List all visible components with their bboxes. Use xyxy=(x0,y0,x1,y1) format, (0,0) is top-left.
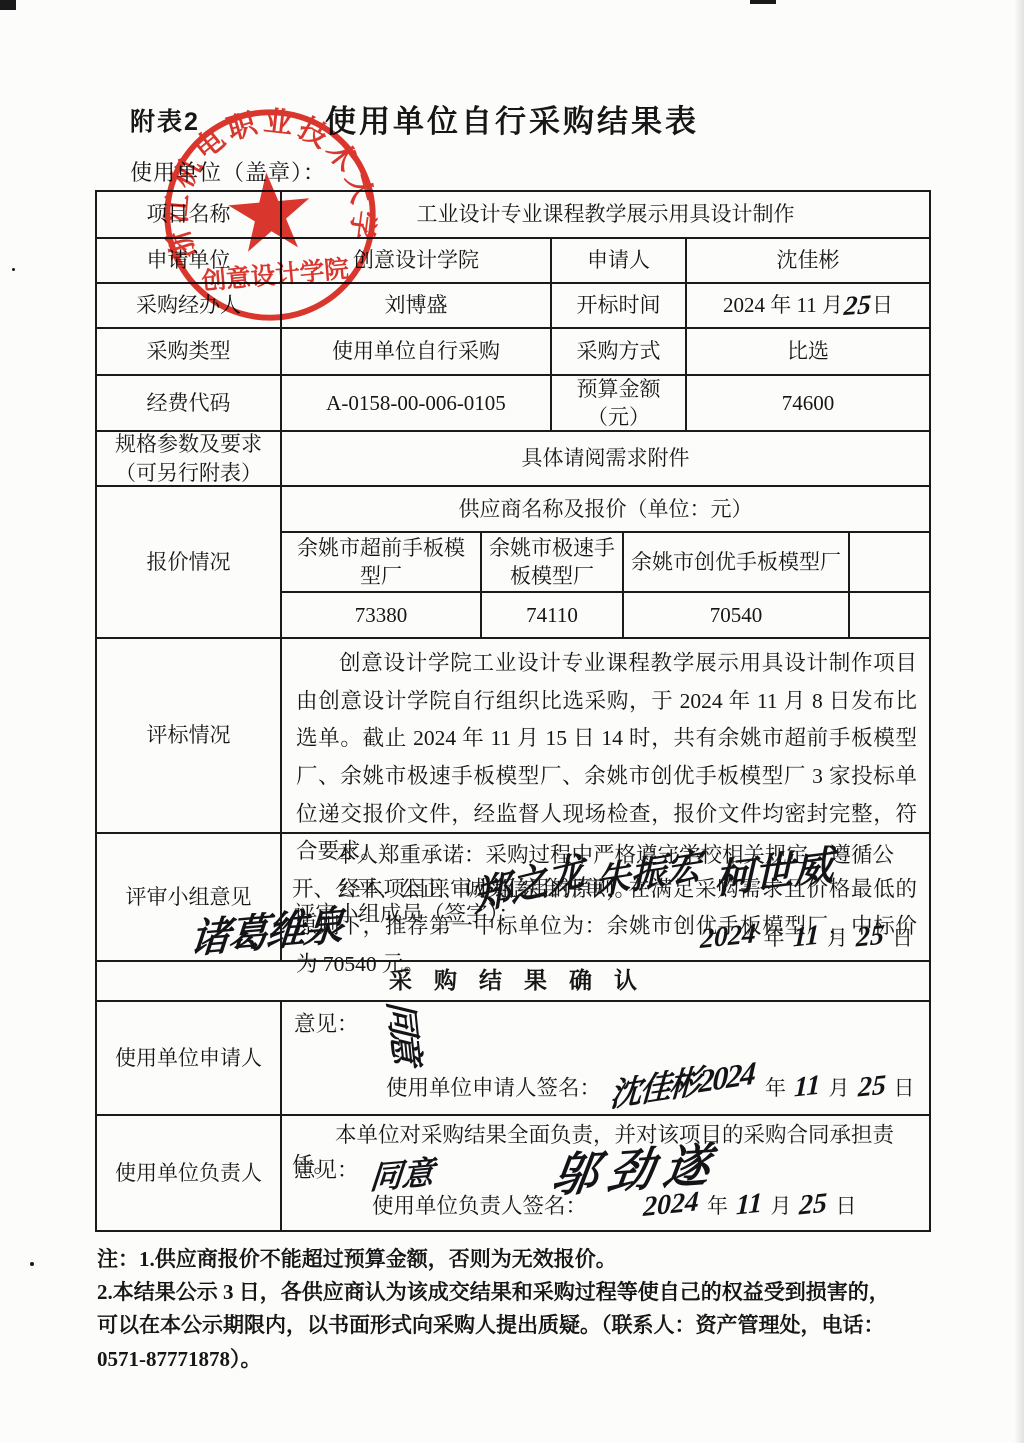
committee-date: 2024 年 11 月 25 日 xyxy=(700,918,913,956)
stamp-department-text: 创意设计学院 xyxy=(199,254,350,296)
footnote-line-3: 可以在本公示期限内，以书面形式向采购人提出质疑。（联系人：资产管理处，电话： xyxy=(97,1309,939,1342)
evaluation-text: 创意设计学院工业设计专业课程教学展示用具设计制作项目由创意设计学院自行组织比选采… xyxy=(280,639,929,832)
table-row-evaluation: 评标情况 创意设计学院工业设计专业课程教学展示用具设计制作项目由创意设计学院自行… xyxy=(97,637,929,832)
vendor-price: 74110 xyxy=(480,593,622,637)
footnote-line-1: 注：1.供应商报价不能超过预算金额，否则为无效报价。 xyxy=(97,1243,939,1276)
value-procure-type: 使用单位自行采购 xyxy=(280,329,550,374)
footnote-line-4: 0571-87771878）。 xyxy=(97,1343,939,1376)
applicant-date-month: 11 xyxy=(793,1066,821,1107)
label-budget: 预算金额 （元） xyxy=(550,376,685,430)
value-procure-method: 比选 xyxy=(685,329,929,374)
table-row-confirm-header: 采购结果确认 xyxy=(97,960,929,1000)
table-row-head-confirm: 使用单位负责人 本单位对采购结果全面负责，并对该项目的采购合同承担责任。 意见：… xyxy=(97,1114,929,1230)
label-spec: 规格参数及要求 （可另行附表） xyxy=(97,432,280,485)
head-date-day: 25 xyxy=(799,1185,828,1226)
table-row-applicant-confirm: 使用单位申请人 意见： 同意 使用单位申请人签名： 沈佳彬2024 年 11 月… xyxy=(97,1000,929,1114)
head-date-month: 11 xyxy=(735,1185,763,1226)
confirm-header: 采购结果确认 xyxy=(97,962,929,1000)
table-row-procure-type: 采购类型 使用单位自行采购 采购方式 比选 xyxy=(97,327,929,374)
day-unit: 日 xyxy=(894,1074,915,1102)
footnotes: 注：1.供应商报价不能超过预算金额，否则为无效报价。 2.本结果公示 3 日，各… xyxy=(97,1243,939,1376)
label-procure-type: 采购类型 xyxy=(97,329,280,374)
day-unit: 日 xyxy=(892,924,913,952)
table-row-quotes: 报价情况 供应商名称及报价（单位：元） 余姚市超前手板模型厂 余姚市极速手板模型… xyxy=(97,485,929,637)
committee-content: 本人郑重承诺：采购过程中严格遵守学校相关规定，遵循公开、公平、公正、诚实信用的原… xyxy=(280,834,929,960)
vendor-name: 余姚市极速手板模型厂 xyxy=(480,533,622,591)
head-opinion-label: 意见： xyxy=(294,1156,359,1185)
vendor-price-empty xyxy=(848,593,929,637)
table-row-fund-code: 经费代码 A-0158-00-006-0105 预算金额 （元） 74600 xyxy=(97,374,929,430)
scanned-page: 附表2 使用单位自行采购结果表 使用单位（盖章）： 浙江机电职业技术大学 创意设… xyxy=(0,0,1024,1443)
label-fund-code: 经费代码 xyxy=(97,376,280,430)
scan-artifact xyxy=(30,1262,34,1266)
value-fund-code: A-0158-00-006-0105 xyxy=(280,376,550,430)
table-row-committee: 评审小组意见 本人郑重承诺：采购过程中严格遵守学校相关规定，遵循公开、公平、公正… xyxy=(97,832,929,960)
table-row-spec: 规格参数及要求 （可另行附表） 具体请阅需求附件 xyxy=(97,430,929,485)
open-time-printed: 2024 年 11 月 xyxy=(723,291,843,319)
day-unit: 日 xyxy=(835,1192,856,1220)
procurement-result-table: 项目名称 工业设计专业课程教学展示用具设计制作 申请单位 创意设计学院 申请人 … xyxy=(95,190,931,1232)
open-time-handwritten-day: 25 xyxy=(843,286,873,325)
scan-artifact xyxy=(750,0,776,4)
vendor-name-empty xyxy=(848,533,929,591)
head-signature: 邬劲遂 xyxy=(548,1134,724,1209)
head-content: 本单位对采购结果全面负责，并对该项目的采购合同承担责任。 意见： 同意 邬劲遂 … xyxy=(280,1116,929,1230)
open-time-printed-unit: 日 xyxy=(872,291,893,319)
committee-date-year: 2024 xyxy=(699,915,756,959)
stamp-seal-icon: 浙江机电职业技术大学 创意设计学院 xyxy=(154,99,386,331)
quotes-subtable: 供应商名称及报价（单位：元） 余姚市超前手板模型厂 余姚市极速手板模型厂 余姚市… xyxy=(280,487,929,637)
applicant-sign-label: 使用单位申请人签名： xyxy=(386,1074,601,1103)
month-unit: 月 xyxy=(829,1074,850,1102)
quotes-price-row: 73380 74110 70540 xyxy=(282,591,929,637)
stamp-star-icon xyxy=(226,169,314,253)
year-unit: 年 xyxy=(764,924,785,952)
applicant-opinion-handwritten: 同意 xyxy=(376,1001,428,1061)
label-procure-method: 采购方式 xyxy=(550,329,685,374)
scan-artifact xyxy=(12,268,15,271)
applicant-sign-row: 使用单位申请人签名： 沈佳彬2024 年 11 月 25 日 xyxy=(386,1063,915,1106)
applicant-date-day: 25 xyxy=(857,1066,886,1107)
applicant-content: 意见： 同意 使用单位申请人签名： 沈佳彬2024 年 11 月 25 日 xyxy=(280,1002,929,1114)
label-applicant-confirm: 使用单位申请人 xyxy=(97,1002,280,1114)
value-applicant: 沈佳彬 xyxy=(685,239,929,282)
scan-edge-shadow xyxy=(1014,0,1024,1443)
label-evaluation: 评标情况 xyxy=(97,639,280,832)
footnote-line-2: 2.本结果公示 3 日，各供应商认为该成交结果和采购过程等使自己的权益受到损害的… xyxy=(97,1276,939,1309)
year-unit: 年 xyxy=(765,1074,786,1102)
value-open-time: 2024 年 11 月 25 日 xyxy=(685,284,929,327)
committee-date-day: 25 xyxy=(855,917,884,958)
quotes-header-row: 供应商名称及报价（单位：元） xyxy=(282,487,929,531)
official-stamp: 浙江机电职业技术大学 创意设计学院 xyxy=(154,99,386,331)
vendor-price: 73380 xyxy=(282,593,480,637)
month-unit: 月 xyxy=(770,1192,791,1220)
label-quotes: 报价情况 xyxy=(97,487,280,637)
committee-date-month: 11 xyxy=(792,917,820,958)
month-unit: 月 xyxy=(827,924,848,952)
label-applicant: 申请人 xyxy=(550,239,685,282)
value-budget: 74600 xyxy=(685,376,929,430)
scan-artifact xyxy=(0,0,16,10)
value-spec: 具体请阅需求附件 xyxy=(280,432,929,485)
head-opinion-handwritten: 同意 xyxy=(368,1151,436,1200)
applicant-signature: 沈佳彬2024 xyxy=(609,1051,756,1118)
quotes-vendor-row: 余姚市超前手板模型厂 余姚市极速手板模型厂 余姚市创优手板模型厂 xyxy=(282,531,929,591)
quotes-header: 供应商名称及报价（单位：元） xyxy=(282,487,929,531)
applicant-opinion-label: 意见： xyxy=(294,1010,359,1039)
vendor-name: 余姚市创优手板模型厂 xyxy=(622,533,848,591)
vendor-price: 70540 xyxy=(622,593,848,637)
label-open-time: 开标时间 xyxy=(550,284,685,327)
label-head-confirm: 使用单位负责人 xyxy=(97,1116,280,1230)
vendor-name: 余姚市超前手板模型厂 xyxy=(282,533,480,591)
